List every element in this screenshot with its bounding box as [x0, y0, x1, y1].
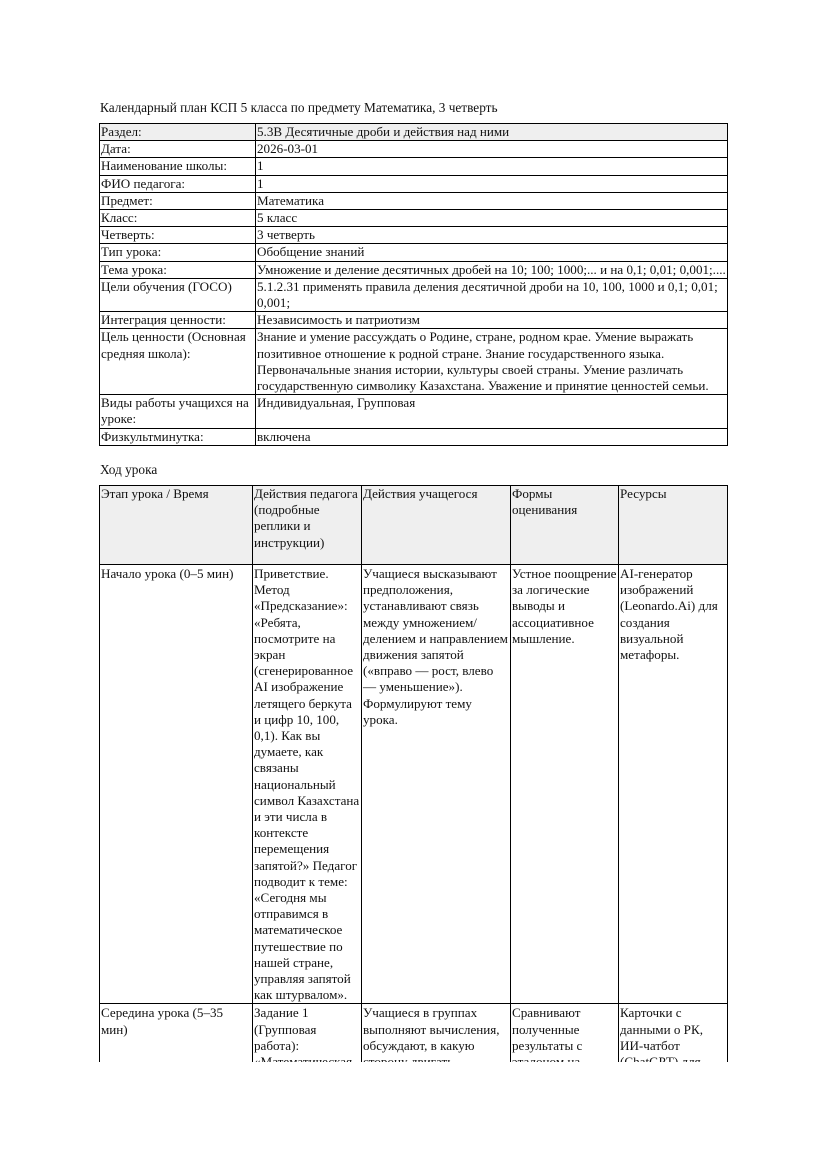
info-value: 5.1.2.31 применять правила деления десят… — [256, 278, 728, 311]
info-value: включена — [256, 428, 728, 445]
table-cell: Начало урока (0–5 мин) — [100, 565, 253, 1004]
info-label: Предмет: — [100, 192, 256, 209]
lesson-info-table: Раздел:5.3В Десятичные дроби и действия … — [99, 123, 728, 446]
info-label: Тип урока: — [100, 244, 256, 261]
lesson-flow-title: Ход урока — [100, 462, 157, 478]
info-value: Умножение и деление десятичных дробей на… — [256, 261, 728, 278]
info-label: Дата: — [100, 141, 256, 158]
info-label: Раздел: — [100, 124, 256, 141]
info-value: Индивидуальная, Групповая — [256, 395, 728, 428]
info-value: Обобщение знаний — [256, 244, 728, 261]
table-cell: AI-генератор изображений (Leonardo.Ai) д… — [619, 565, 728, 1004]
info-row: Физкультминутка:включена — [100, 428, 728, 445]
column-header: Ресурсы — [619, 486, 728, 565]
info-value: 2026-03-01 — [256, 141, 728, 158]
info-row: Раздел:5.3В Десятичные дроби и действия … — [100, 124, 728, 141]
column-header: Формы оценивания — [511, 486, 619, 565]
table-cell: Приветствие. Метод «Предсказание»: «Ребя… — [253, 565, 362, 1004]
column-header: Действия учащегося — [362, 486, 511, 565]
column-header: Действия педагога (подробные реплики и и… — [253, 486, 362, 565]
info-label: Четверть: — [100, 227, 256, 244]
info-label: Тема урока: — [100, 261, 256, 278]
table-cell: Сравнивают полученные результаты с этало… — [511, 1004, 619, 1071]
info-row: Класс:5 класс — [100, 210, 728, 227]
table-cell: Карточки с данными о РК, ИИ-чатбот (Chat… — [619, 1004, 728, 1071]
info-row: Дата:2026-03-01 — [100, 141, 728, 158]
info-label: Интеграция ценности: — [100, 312, 256, 329]
info-row: Наименование школы:1 — [100, 158, 728, 175]
info-row: Четверть:3 четверть — [100, 227, 728, 244]
info-value: 1 — [256, 175, 728, 192]
info-value: Знание и умение рассуждать о Родине, стр… — [256, 329, 728, 395]
page-title: Календарный план КСП 5 класса по предмет… — [100, 100, 498, 116]
info-value: 1 — [256, 158, 728, 175]
info-row: Тема урока:Умножение и деление десятичны… — [100, 261, 728, 278]
info-value: Математика — [256, 192, 728, 209]
table-cell: Устное поощрение за логические выводы и … — [511, 565, 619, 1004]
info-label: Виды работы учащихся на уроке: — [100, 395, 256, 428]
info-label: Физкультминутка: — [100, 428, 256, 445]
info-value: 5 класс — [256, 210, 728, 227]
page-bottom-margin — [0, 1062, 827, 1170]
info-row: Предмет:Математика — [100, 192, 728, 209]
info-row: Тип урока:Обобщение знаний — [100, 244, 728, 261]
info-label: Наименование школы: — [100, 158, 256, 175]
info-row: Виды работы учащихся на уроке:Индивидуал… — [100, 395, 728, 428]
table-cell: Учащиеся высказывают предположения, уста… — [362, 565, 511, 1004]
info-value: 3 четверть — [256, 227, 728, 244]
info-value: Независимость и патриотизм — [256, 312, 728, 329]
table-cell: Середина урока (5–35 мин) — [100, 1004, 253, 1071]
table-cell: Задание 1 (Групповая работа): «Математич… — [253, 1004, 362, 1071]
table-row: Середина урока (5–35 мин)Задание 1 (Груп… — [100, 1004, 728, 1071]
info-label: Цели обучения (ГОСО) — [100, 278, 256, 311]
info-row: ФИО педагога:1 — [100, 175, 728, 192]
lesson-flow-table: Этап урока / ВремяДействия педагога (под… — [99, 485, 728, 1071]
column-header: Этап урока / Время — [100, 486, 253, 565]
info-label: ФИО педагога: — [100, 175, 256, 192]
info-row: Цели обучения (ГОСО)5.1.2.31 применять п… — [100, 278, 728, 311]
info-row: Цель ценности (Основная средняя школа):З… — [100, 329, 728, 395]
table-header-row: Этап урока / ВремяДействия педагога (под… — [100, 486, 728, 565]
info-label: Цель ценности (Основная средняя школа): — [100, 329, 256, 395]
info-value: 5.3В Десятичные дроби и действия над ним… — [256, 124, 728, 141]
table-row: Начало урока (0–5 мин)Приветствие. Метод… — [100, 565, 728, 1004]
info-row: Интеграция ценности:Независимость и патр… — [100, 312, 728, 329]
table-cell: Учащиеся в группах выполняют вычисления,… — [362, 1004, 511, 1071]
info-label: Класс: — [100, 210, 256, 227]
